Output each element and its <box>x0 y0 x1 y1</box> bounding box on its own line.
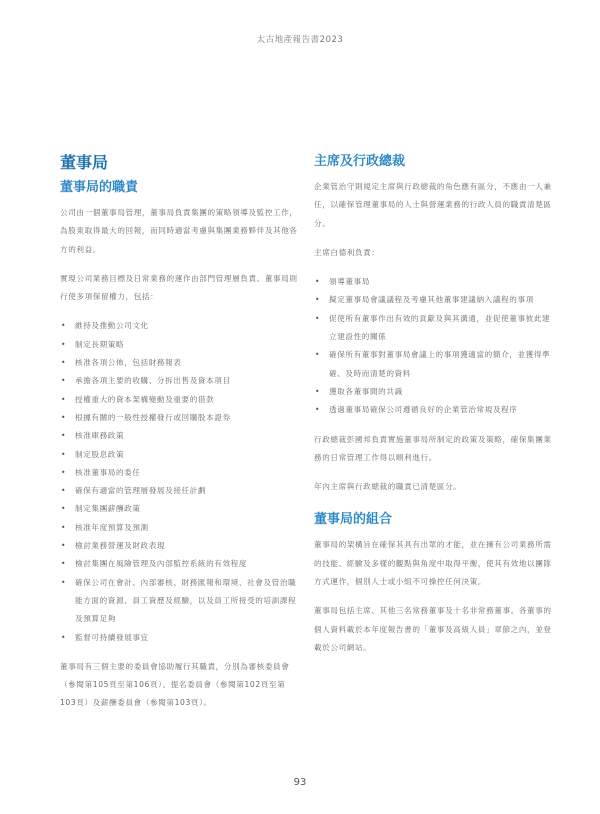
list-item: 核准各項公佈，包括財務報表 <box>60 354 300 372</box>
list-item: 檢討業務營運及財政表現 <box>60 537 300 555</box>
paragraph: 行政總裁彭國邦負責實施董事局所制定的政策及策略，確保集團業務的日常管理工作得以順… <box>314 431 558 468</box>
list-item: 制定集團薪酬政策 <box>60 500 300 518</box>
list-item: 維持及推動公司文化 <box>60 317 300 335</box>
list-item: 擬定董事局會議議程及考慮其他董事建議納入議程的事項 <box>314 291 558 309</box>
paragraph: 董事局有三個主要的委員會協助履行其職責，分別為審核委員會（參閱第105頁至第10… <box>60 658 300 713</box>
list-item: 授權重大的資本架構變動及重要的借款 <box>60 391 300 409</box>
list-item: 承擔各項主要的收購、分拆出售及資本項目 <box>60 372 300 390</box>
paragraph: 董事局包括主席、其他三名常務董事及十名非常務董事。各董事的個人資料載於本年度報告… <box>314 602 558 657</box>
paragraph: 公司由一個董事局管理，董事局負責集團的策略領導及監控工作，為股東取得最大的回報，… <box>60 204 300 259</box>
paragraph: 董事局的架構旨在確保其具有出眾的才能，並在擁有公司業務所需的技能、經驗及多樣的觀… <box>314 536 558 591</box>
list-item: 檢討集團在風險管理及內部監控系統的有效程度 <box>60 555 300 573</box>
list-item: 透過董事局確保公司遵循良好的企業管治常規及程序 <box>314 401 558 419</box>
reserved-powers-list: 維持及推動公司文化 制定長期策略 核准各項公佈，包括財務報表 承擔各項主要的收購… <box>60 317 300 646</box>
list-item: 促使所有董事作出有效的貢獻及與其溝通，並促使董事彼此建立建設性的關係 <box>314 310 558 347</box>
report-header: 太古地產報告書2023 <box>0 33 600 45</box>
list-item: 領導董事局 <box>314 273 558 291</box>
page-number: 93 <box>0 777 600 788</box>
list-item: 獲取各董事間的共識 <box>314 383 558 401</box>
paragraph: 企業管治守則規定主席與行政總裁的角色應有區分，不應由一人兼任，以確保管理董事局的… <box>314 178 558 233</box>
subsection-title-chairman-ceo: 主席及行政總裁 <box>314 152 558 172</box>
left-column: 董事局 董事局的職責 公司由一個董事局管理，董事局負責集團的策略領導及監控工作，… <box>60 152 300 724</box>
list-item: 監督可持續發展事宜 <box>60 629 300 647</box>
paragraph: 實現公司業務目標及日常業務的運作由部門管理層負責。董事局則行使多項保留權力，包括… <box>60 270 300 307</box>
list-item: 確保公司在會計、內部審核、財務匯報和環境、社會及管治職能方面的資源、員工資歷及經… <box>60 574 300 629</box>
list-item: 確保有適當的管理層發展及接任計劃 <box>60 482 300 500</box>
list-item: 核准庫務政策 <box>60 427 300 445</box>
list-item: 核准董事局的委任 <box>60 464 300 482</box>
chairman-duties-list: 領導董事局 擬定董事局會議議程及考慮其他董事建議納入議程的事項 促使所有董事作出… <box>314 273 558 419</box>
subsection-title-board-composition: 董事局的組合 <box>314 510 558 530</box>
subsection-title-responsibilities: 董事局的職責 <box>60 178 300 198</box>
list-item: 制定長期策略 <box>60 336 300 354</box>
paragraph: 主席白德利負責： <box>314 244 558 262</box>
list-item: 確保所有董事對董事局會議上的事項獲適當的簡介，並獲得準確、及時而清楚的資料 <box>314 346 558 383</box>
right-column: 主席及行政總裁 企業管治守則規定主席與行政總裁的角色應有區分，不應由一人兼任，以… <box>314 152 558 668</box>
section-title-board: 董事局 <box>60 152 300 174</box>
list-item: 制定股息政策 <box>60 446 300 464</box>
list-item: 根據有關的一般性授權發行或回購股本證券 <box>60 409 300 427</box>
paragraph: 年內主席與行政總裁的職責已清楚區分。 <box>314 478 558 496</box>
list-item: 核准年度預算及預測 <box>60 519 300 537</box>
